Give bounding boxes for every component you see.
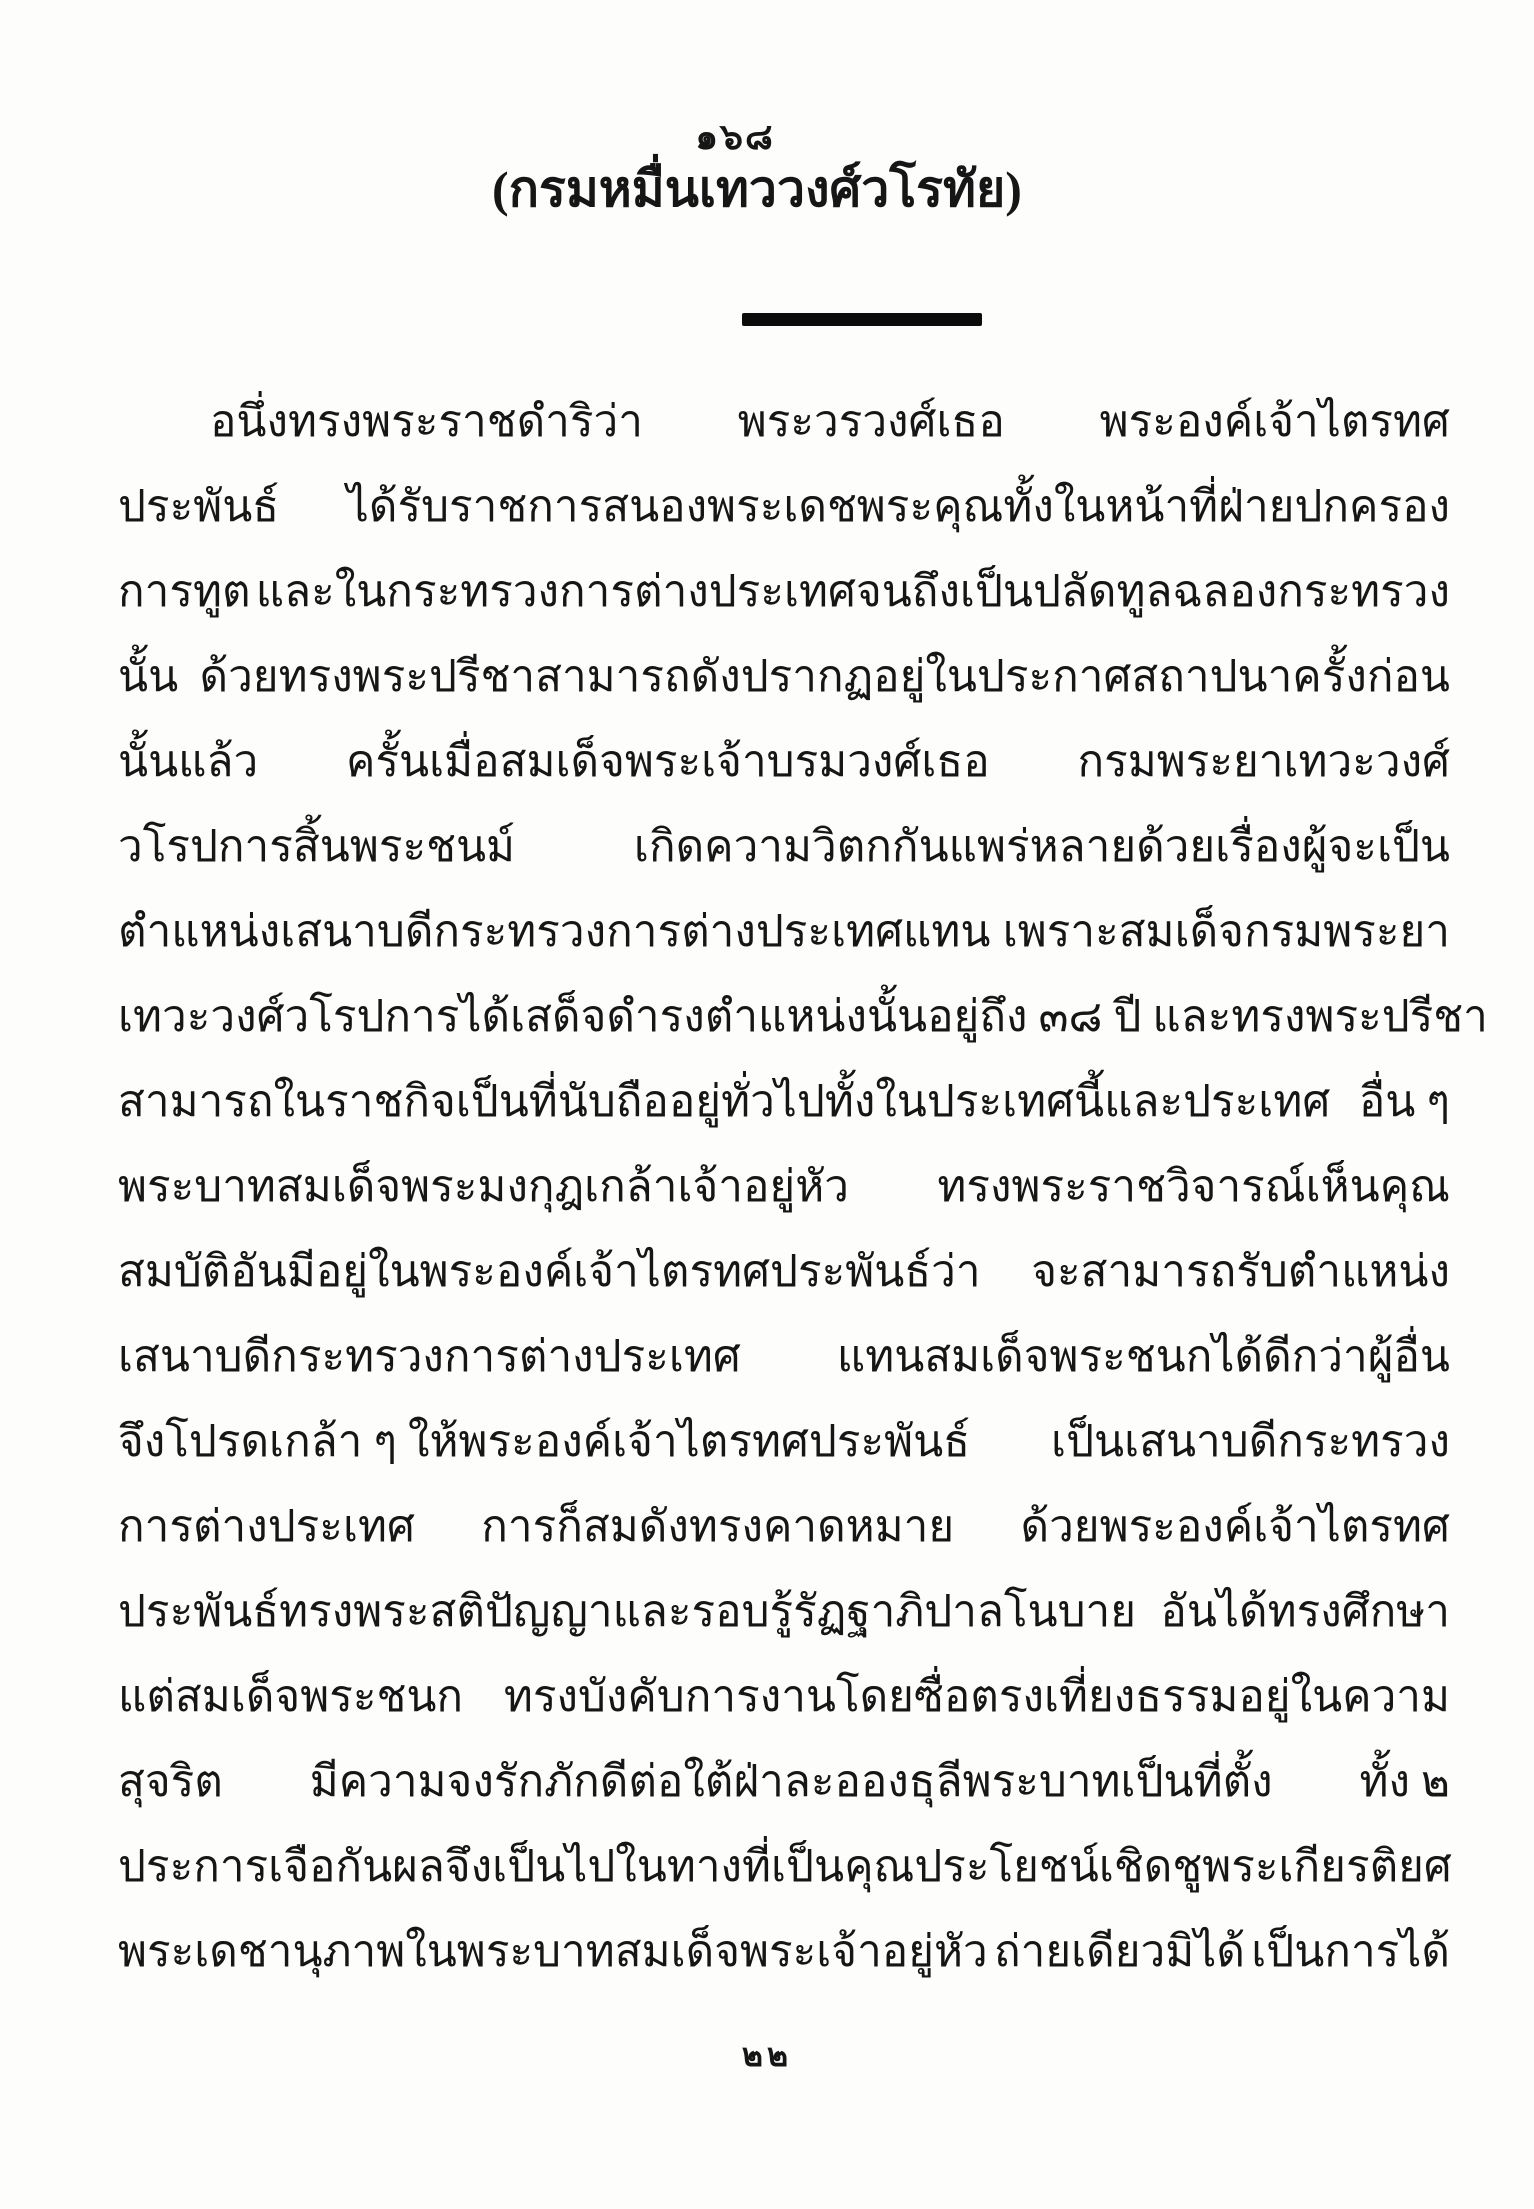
text-segment: พระวรวงศ์เธอ xyxy=(738,386,1005,456)
text-line: เสนาบดีกระทรวงการต่างประเทศแทนสมเด็จพระช… xyxy=(118,1313,1450,1398)
text-line: นั้นแล้วครั้นเมื่อสมเด็จพระเจ้าบรมวงศ์เธ… xyxy=(118,718,1450,803)
text-line: ประการเจือกันผลจึงเป็นไปในทางที่เป็นคุณป… xyxy=(118,1823,1450,1908)
text-line: พระเดชานุภาพในพระบาทสมเด็จพระเจ้าอยู่หัว… xyxy=(118,1908,1450,1993)
text-segment: เสนาบดีกระทรวงการต่างประเทศ xyxy=(118,1321,741,1391)
text-segment: ประการเจือกัน xyxy=(118,1831,392,1901)
text-line: สุจริตมีความจงรักภักดีต่อใต้ฝ่าละอองธุลี… xyxy=(118,1738,1450,1823)
text-segment: วโรปการสิ้นพระชนม์ xyxy=(118,811,515,881)
text-segment: จะสามารถรับตำแหน่ง xyxy=(1031,1236,1450,1306)
text-line: การทูตและในกระทรวงการต่างประเทศจนถึงเป็น… xyxy=(118,548,1450,633)
body-text: อนึ่งทรงพระราชดำริว่าพระวรวงศ์เธอพระองค์… xyxy=(118,378,1450,1993)
text-segment: เป็นเสนาบดีกระทรวง xyxy=(1051,1406,1450,1476)
text-segment: และในกระทรวงการต่างประเทศจนถึงเป็นปลัดทู… xyxy=(256,556,1450,626)
text-segment: พระบาทสมเด็จพระมงกุฎเกล้าเจ้าอยู่หัว xyxy=(118,1151,849,1221)
text-line: สมบัติอันมีอยู่ในพระองค์เจ้าไตรทศประพันธ… xyxy=(118,1228,1450,1313)
text-segment: เพราะสมเด็จกรมพระยา xyxy=(1003,896,1450,966)
text-segment: แต่สมเด็จพระชนก xyxy=(118,1661,463,1731)
text-line: ประพันธ์ทรงพระสติปัญญาและรอบรู้รัฏฐาภิปา… xyxy=(118,1568,1450,1653)
text-segment: สมบัติอันมีอยู่ในพระองค์เจ้าไตรทศประพันธ… xyxy=(118,1236,981,1306)
text-segment: มีความจงรักภักดีต่อใต้ฝ่าละอองธุลีพระบาท… xyxy=(310,1746,1273,1816)
text-segment: ประพันธ์ทรงพระสติปัญญาและรอบรู้รัฏฐาภิปา… xyxy=(118,1576,1136,1646)
text-line: สามารถในราชกิจเป็นที่นับถืออยู่ทั่วไปทั้… xyxy=(118,1058,1450,1143)
text-segment: ครั้นเมื่อสมเด็จพระเจ้าบรมวงศ์เธอ xyxy=(346,726,990,796)
text-segment: ด้วยพระองค์เจ้าไตรทศ xyxy=(1021,1491,1450,1561)
text-segment: อันได้ทรงศึกษา xyxy=(1160,1576,1450,1646)
text-line: ประพันธ์ได้รับราชการสนองพระเดชพระคุณทั้ง… xyxy=(118,463,1450,548)
chapter-heading: (กรมหมื่นเทววงศ์วโรทัย) xyxy=(0,150,1514,229)
text-segment: การก็สมดังทรงคาดหมาย xyxy=(481,1491,954,1561)
text-segment: สามารถในราชกิจเป็นที่นับถืออยู่ทั่วไปทั้… xyxy=(118,1066,1330,1136)
text-segment: พระองค์เจ้าไตรทศ xyxy=(1100,386,1450,456)
text-line: เทวะวงศ์วโรปการได้เสด็จดำรงตำแหน่งนั้นอย… xyxy=(118,973,1450,1058)
scanned-book-page: ๑๖๘ (กรมหมื่นเทววงศ์วโรทัย) อนึ่งทรงพระร… xyxy=(0,0,1534,2209)
heading-divider-rule xyxy=(742,313,982,326)
text-segment: พระเดชานุภาพในพระบาทสมเด็จพระเจ้าอยู่หัว xyxy=(118,1916,988,1986)
text-segment: นั้น xyxy=(118,641,178,711)
text-segment: เป็นการได้ xyxy=(1251,1916,1450,1986)
text-segment: นั้นแล้ว xyxy=(118,726,258,796)
text-line: จึงโปรดเกล้า ๆ ให้พระองค์เจ้าไตรทศประพัน… xyxy=(118,1398,1450,1483)
text-segment: การต่างประเทศ xyxy=(118,1491,415,1561)
text-segment: ถ่ายเดียวมิได้ xyxy=(994,1916,1245,1986)
text-segment: ทรงพระราชวิจารณ์เห็นคุณ xyxy=(937,1151,1450,1221)
page-number-bottom: ๒๒ xyxy=(0,2030,1534,2081)
text-segment: เทวะวงศ์วโรปการ xyxy=(118,981,459,1051)
text-segment: ทรงบังคับการงานโดยซื่อตรงเที่ยงธรรมอยู่ใ… xyxy=(504,1661,1450,1731)
text-segment: ตำแหน่งเสนาบดีกระทรวงการต่างประเทศแทน xyxy=(118,896,990,966)
text-segment: ทั้ง ๒ xyxy=(1360,1746,1451,1816)
text-segment: เกิดความวิตกกันแพร่หลายด้วยเรื่องผู้จะเป… xyxy=(634,811,1450,881)
text-segment: แทนสมเด็จพระชนกได้ดีกว่าผู้อื่น xyxy=(837,1321,1450,1391)
text-line: พระบาทสมเด็จพระมงกุฎเกล้าเจ้าอยู่หัวทรงพ… xyxy=(118,1143,1450,1228)
text-line: วโรปการสิ้นพระชนม์เกิดความวิตกกันแพร่หลา… xyxy=(118,803,1450,888)
text-line: การต่างประเทศการก็สมดังทรงคาดหมายด้วยพระ… xyxy=(118,1483,1450,1568)
text-segment: กรมพระยาเทวะวงศ์ xyxy=(1077,726,1450,796)
text-segment: อื่น ๆ xyxy=(1359,1066,1450,1136)
text-segment: ผลจึงเป็นไปในทางที่เป็นคุณประโยชน์เชิดชู… xyxy=(392,1831,1452,1901)
text-segment: ได้เสด็จดำรงตำแหน่งนั้นอยู่ถึง ๓๘ ปี และ… xyxy=(459,981,1487,1051)
text-segment: ด้วยทรงพระปรีชาสามารถดังปรากฏอยู่ในประกา… xyxy=(200,641,1451,711)
text-segment: การทูต xyxy=(118,556,251,626)
text-segment: สุจริต xyxy=(118,1746,223,1816)
text-segment: ได้รับราชการสนองพระเดชพระคุณทั้งในหน้าที… xyxy=(347,471,1450,541)
text-segment: อนึ่งทรงพระราชดำริว่า xyxy=(210,386,643,456)
text-line: ตำแหน่งเสนาบดีกระทรวงการต่างประเทศแทนเพร… xyxy=(118,888,1450,973)
text-line: แต่สมเด็จพระชนกทรงบังคับการงานโดยซื่อตรง… xyxy=(118,1653,1450,1738)
text-segment: จึงโปรดเกล้า ๆ ให้พระองค์เจ้าไตรทศประพัน… xyxy=(118,1406,970,1476)
text-segment: ประพันธ์ xyxy=(118,471,279,541)
text-line: นั้นด้วยทรงพระปรีชาสามารถดังปรากฏอยู่ในป… xyxy=(118,633,1450,718)
text-line: อนึ่งทรงพระราชดำริว่าพระวรวงศ์เธอพระองค์… xyxy=(118,378,1450,463)
